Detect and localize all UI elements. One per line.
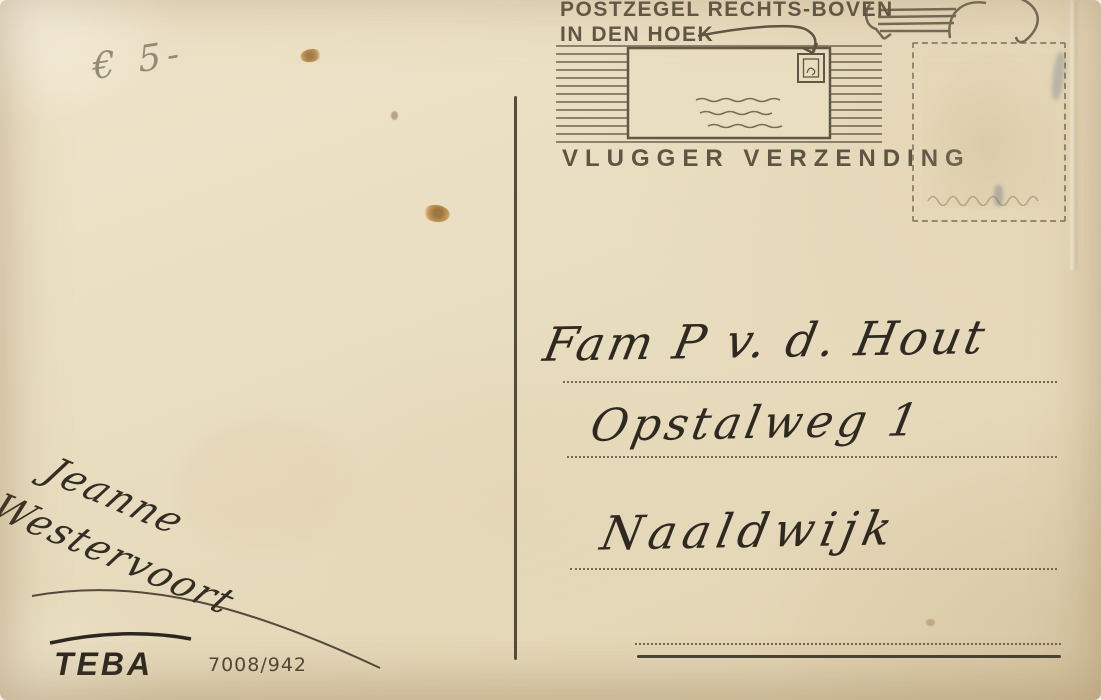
publisher-number: 7008/942 [208,654,307,682]
stamp-perforation-edge [926,190,1050,206]
stain-spot [391,111,398,120]
address-line-street: Opstalweg 1 [586,393,927,452]
postmark-instruction-line2: IN DEN HOEK [560,23,714,46]
teba-logo: TEBA [44,630,196,682]
price-annotation: € 5- [91,33,187,89]
divider-line [514,96,517,660]
address-bottom-line [637,655,1061,658]
stain-spot [926,619,935,626]
stain-spot [422,203,451,224]
address-line-name: Fam P v. d. Hout [539,310,992,373]
envelope-icon [628,48,830,138]
postcard-back: € 5- [0,0,1101,700]
paper-crease [1070,0,1074,270]
postmark-instruction-line1: POSTZEGEL RECHTS-BOVEN [560,0,894,21]
publisher-mark: TEBA 7008/942 [44,630,307,682]
removed-stamp-ghost [922,54,1056,208]
stamp-placement-box [912,42,1066,222]
address-dotted-line [563,381,1057,383]
address-dotted-line [635,643,1061,645]
address-dotted-line [567,456,1057,458]
teba-logo-text: TEBA [54,646,153,682]
postmark-slogan: VLUGGER VERZENDING [562,145,971,172]
address-dotted-line [570,568,1057,570]
address-line-city: Naaldwijk [596,501,902,561]
stain-spot [299,47,323,64]
